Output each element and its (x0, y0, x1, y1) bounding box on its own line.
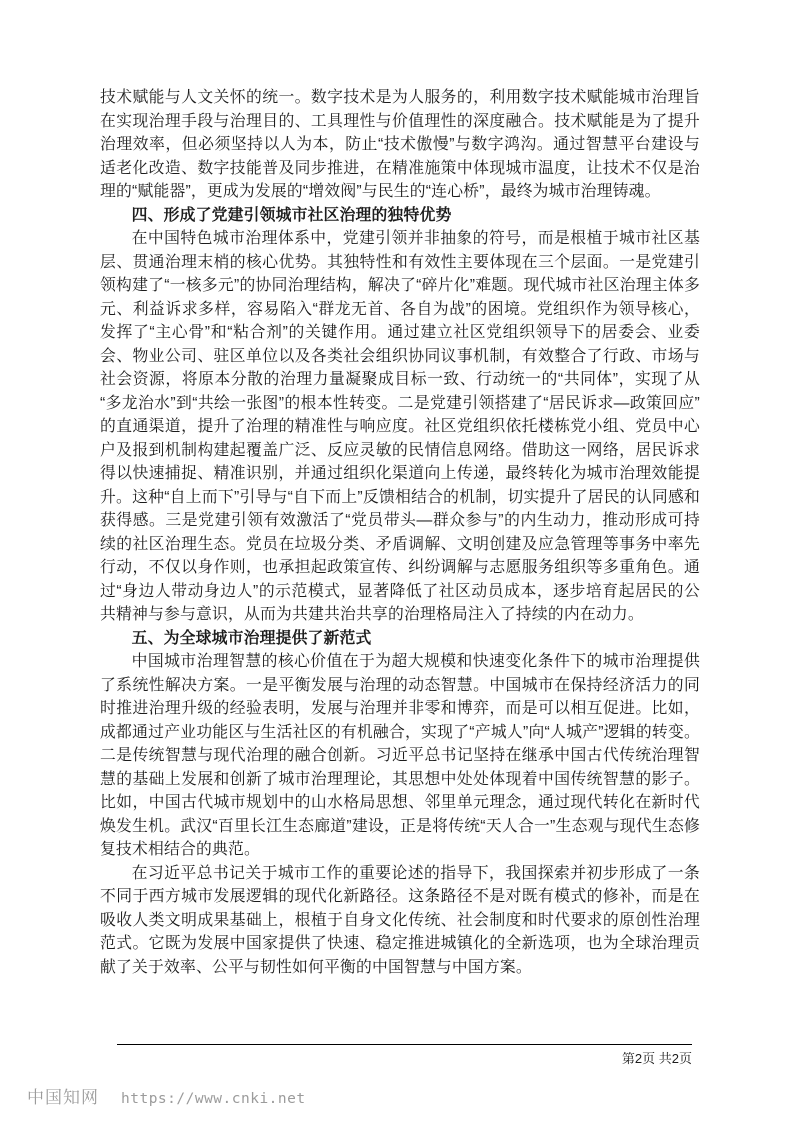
footer-divider (117, 1044, 692, 1045)
page-number-indicator: 第2页 共2页 (117, 1050, 692, 1068)
cnki-brand-label: 中国知网 (27, 1088, 99, 1108)
section-heading-5: 五、为全球城市治理提供了新范式 (100, 627, 700, 651)
paragraph-party-building: 在中国特色城市治理体系中，党建引领并非抽象的符号，而是根植于城市社区基层、贯通治… (100, 227, 700, 627)
paragraph-conclusion: 在习近平总书记关于城市工作的重要论述的指导下，我国探索并初步形成了一条不同于西方… (100, 862, 700, 980)
document-page: 技术赋能与人文关怀的统一。数字技术是为人服务的，利用数字技术赋能城市治理旨在实现… (0, 0, 800, 1131)
document-body: 技术赋能与人文关怀的统一。数字技术是为人服务的，利用数字技术赋能城市治理旨在实现… (100, 86, 700, 979)
paragraph-technology-empowerment: 技术赋能与人文关怀的统一。数字技术是为人服务的，利用数字技术赋能城市治理旨在实现… (100, 86, 700, 204)
section-heading-4: 四、形成了党建引领城市社区治理的独特优势 (100, 204, 700, 228)
paragraph-governance-wisdom: 中国城市治理智慧的核心价值在于为超大规模和快速变化条件下的城市治理提供了系统性解… (100, 650, 700, 862)
cnki-url-text: https://www.cnki.net (121, 1091, 306, 1107)
cnki-watermark: 中国知网https://www.cnki.net (27, 1083, 306, 1108)
